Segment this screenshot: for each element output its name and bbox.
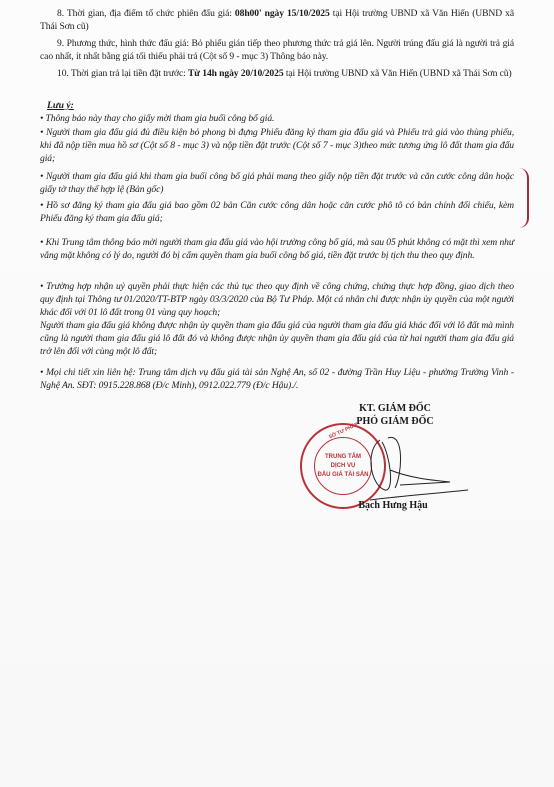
item-8-text: 8. Thời gian, địa điểm tổ chức phiên đấu…	[57, 8, 235, 19]
item-10-text-after: tại Hội trường UBND xã Văn Hiến (UBND xã…	[284, 68, 512, 79]
item-8-bold: 08h00' ngày 15/10/2025	[235, 8, 330, 19]
note-8: • Mọi chi tiết xin liên hệ: Trung tâm dị…	[40, 366, 514, 392]
note-6: • Trường hợp nhận uỷ quyền phải thực hiệ…	[40, 280, 514, 319]
document-page: 8. Thời gian, địa điểm tổ chức phiên đấu…	[0, 0, 554, 787]
stamp-edge-mark	[519, 168, 529, 228]
item-10-bold: Từ 14h ngày 20/10/2025	[188, 68, 284, 79]
handwritten-signature	[360, 430, 470, 510]
item-10: 10. Thời gian trả lại tiền đặt trước: Từ…	[40, 67, 514, 80]
note-1: • Thông báo này thay cho giấy mời tham g…	[40, 112, 514, 125]
item-9: 9. Phương thức, hình thức đấu giá: Bỏ ph…	[40, 37, 514, 63]
item-8: 8. Thời gian, địa điểm tổ chức phiên đấu…	[40, 7, 514, 33]
signature-title-1: KT. GIÁM ĐỐC	[320, 403, 470, 414]
note-3: • Người tham gia đấu giá khi tham gia bu…	[40, 170, 514, 196]
item-10-text: 10. Thời gian trả lại tiền đặt trước:	[57, 68, 188, 79]
note-7: Người tham gia đấu giá không được nhận ủ…	[40, 319, 514, 358]
note-2: • Người tham gia đấu giá đủ điều kiện bỏ…	[40, 126, 514, 165]
note-4: • Hồ sơ đăng ký tham gia đấu giá bao gồm…	[40, 199, 514, 225]
signer-name: Bạch Hưng Hậu	[318, 500, 468, 511]
stamp-line-2: DỊCH VỤ	[331, 462, 356, 471]
note-5: • Khi Trung tâm thông báo mời người tham…	[40, 236, 514, 262]
notes-title: Lưu ý:	[47, 100, 74, 111]
stamp-line-1: TRUNG TÂM	[325, 453, 361, 462]
